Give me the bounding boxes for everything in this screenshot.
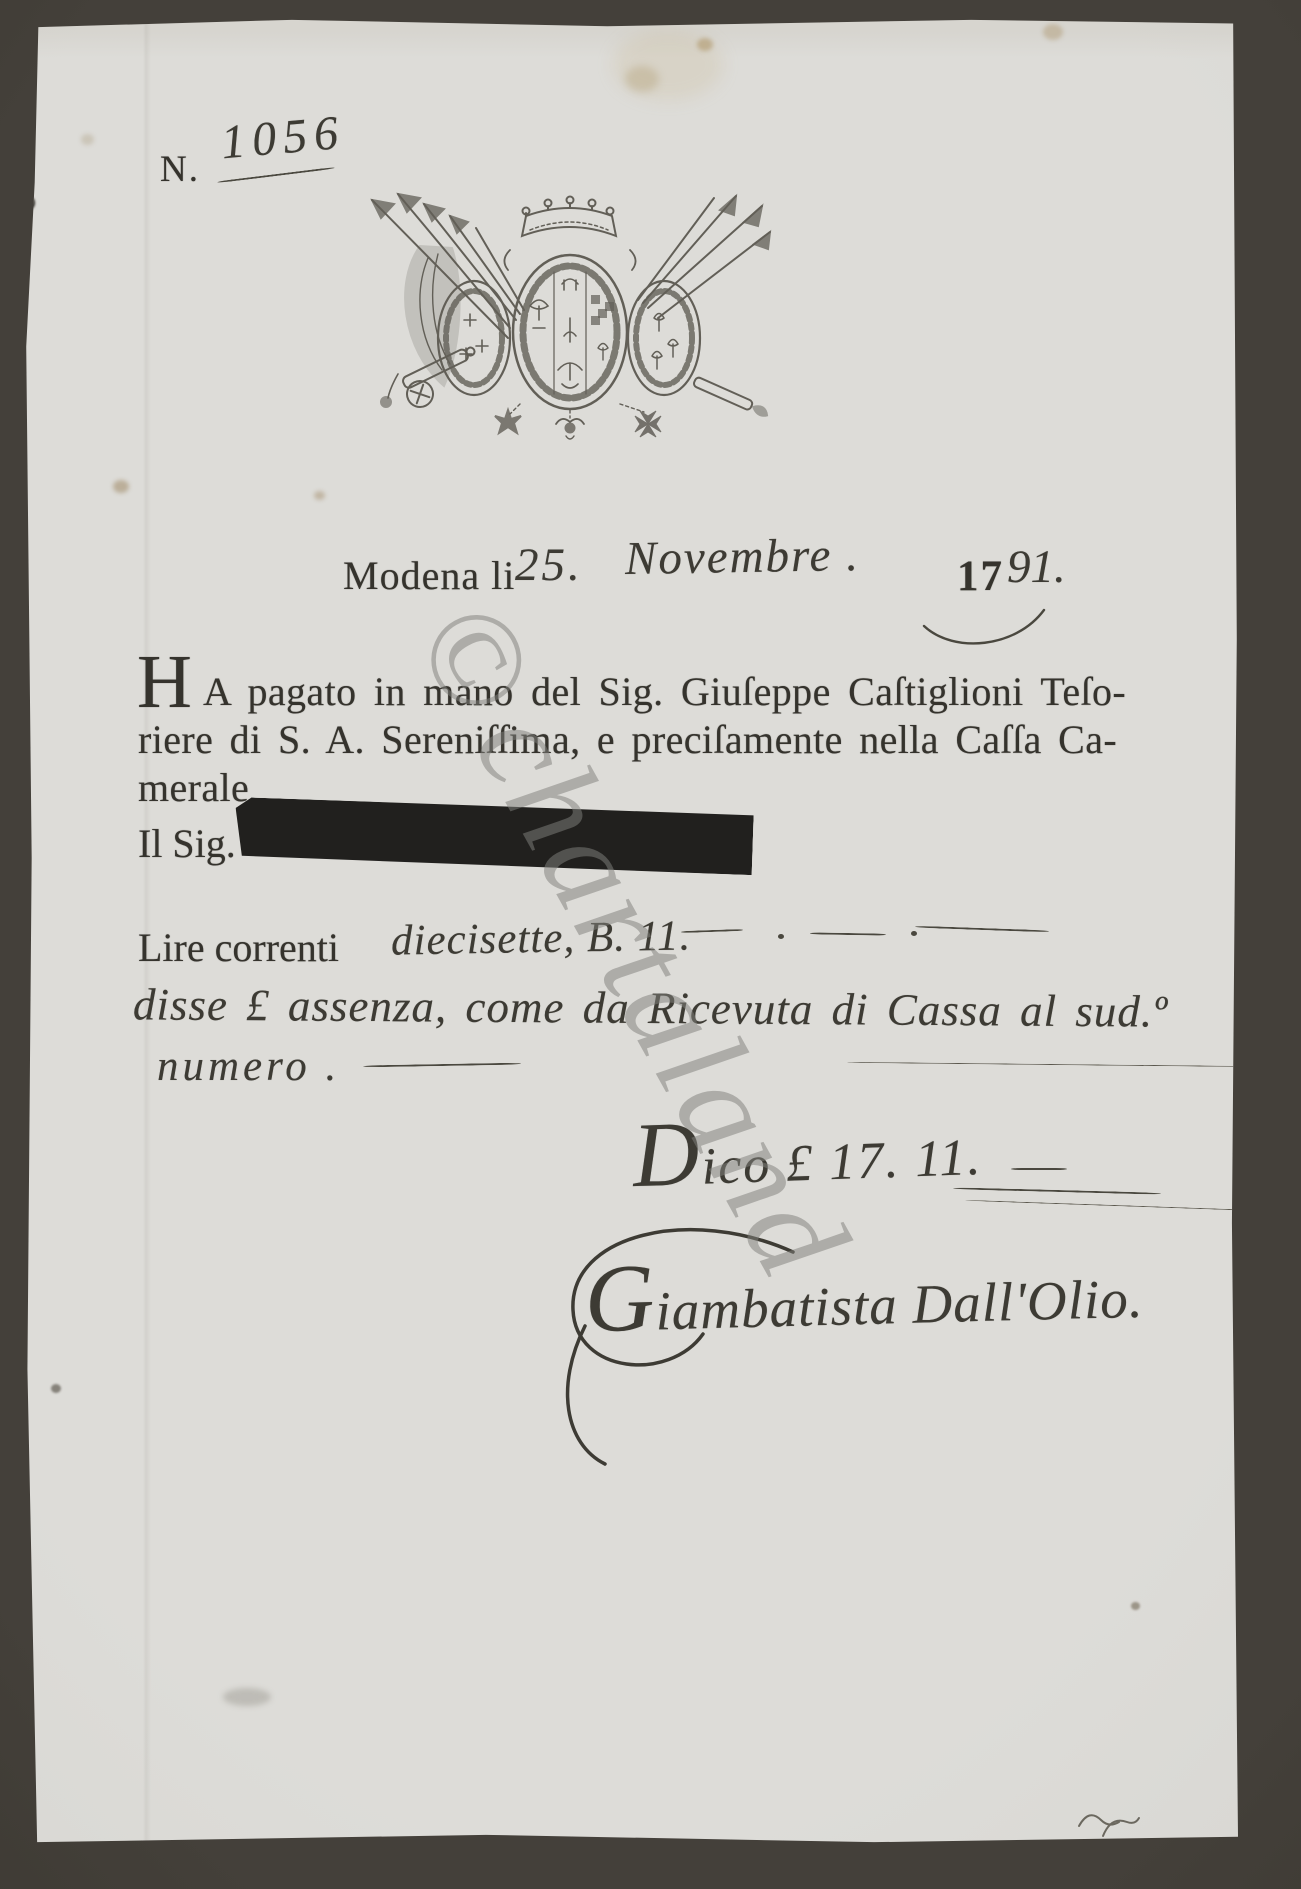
foxing-stain	[113, 480, 129, 493]
body-line-3: merale	[138, 764, 249, 811]
note-line-2-handwritten: numero .	[157, 1042, 340, 1091]
ink-flourish	[918, 604, 1052, 656]
dropcap-initial: H	[137, 644, 192, 720]
este-ducal-coat-of-arms-engraving	[358, 188, 782, 450]
pencil-scribble	[1073, 1796, 1145, 1844]
body-line-2: riere di S. A. Sereniſſima, e preciſamen…	[138, 716, 1117, 763]
body-line-1: A pagato in mano del Sig. Giuſeppe Caſti…	[203, 668, 1126, 715]
document-number-label: N.	[160, 148, 200, 191]
paper-edge-nick	[22, 196, 35, 210]
photograph-of-document: N. 1056	[0, 0, 1301, 1889]
ink-dash	[1011, 1168, 1067, 1170]
ink-dot	[778, 934, 784, 939]
dateline-place-printed: Modena li	[343, 552, 515, 599]
document-number-value: 1056	[219, 105, 347, 171]
paper-edge-fleck	[51, 1384, 61, 1393]
ink-dash	[363, 1063, 521, 1068]
dateline-year-suffix-handwritten: 91.	[1007, 540, 1066, 594]
foxing-stain	[1043, 24, 1063, 40]
ink-underline	[953, 1187, 1161, 1194]
document-paper-sheet: N. 1056	[25, 18, 1238, 1844]
signature-handwritten: Giambatista Dall'Olio.	[584, 1259, 1144, 1345]
foxing-stain	[1131, 1602, 1140, 1610]
payer-label-printed: Il Sig.	[138, 820, 236, 867]
dateline-year-prefix-printed: 17	[957, 552, 1004, 601]
amount-label-printed: Lire correnti	[138, 924, 339, 971]
ink-dash	[915, 926, 1049, 933]
foxing-stain	[625, 66, 659, 92]
ink-underline	[965, 1200, 1263, 1211]
smudge-stain	[223, 1688, 271, 1706]
foxing-stain	[314, 491, 325, 500]
dateline-day-handwritten: 25.	[515, 538, 583, 592]
ink-rule-line	[847, 1062, 1261, 1067]
foxing-stain	[81, 134, 94, 145]
ink-dash	[810, 932, 886, 935]
foxing-stain	[697, 38, 713, 51]
dateline-month-handwritten: Novembre .	[625, 528, 861, 586]
ink-dot	[911, 931, 917, 936]
